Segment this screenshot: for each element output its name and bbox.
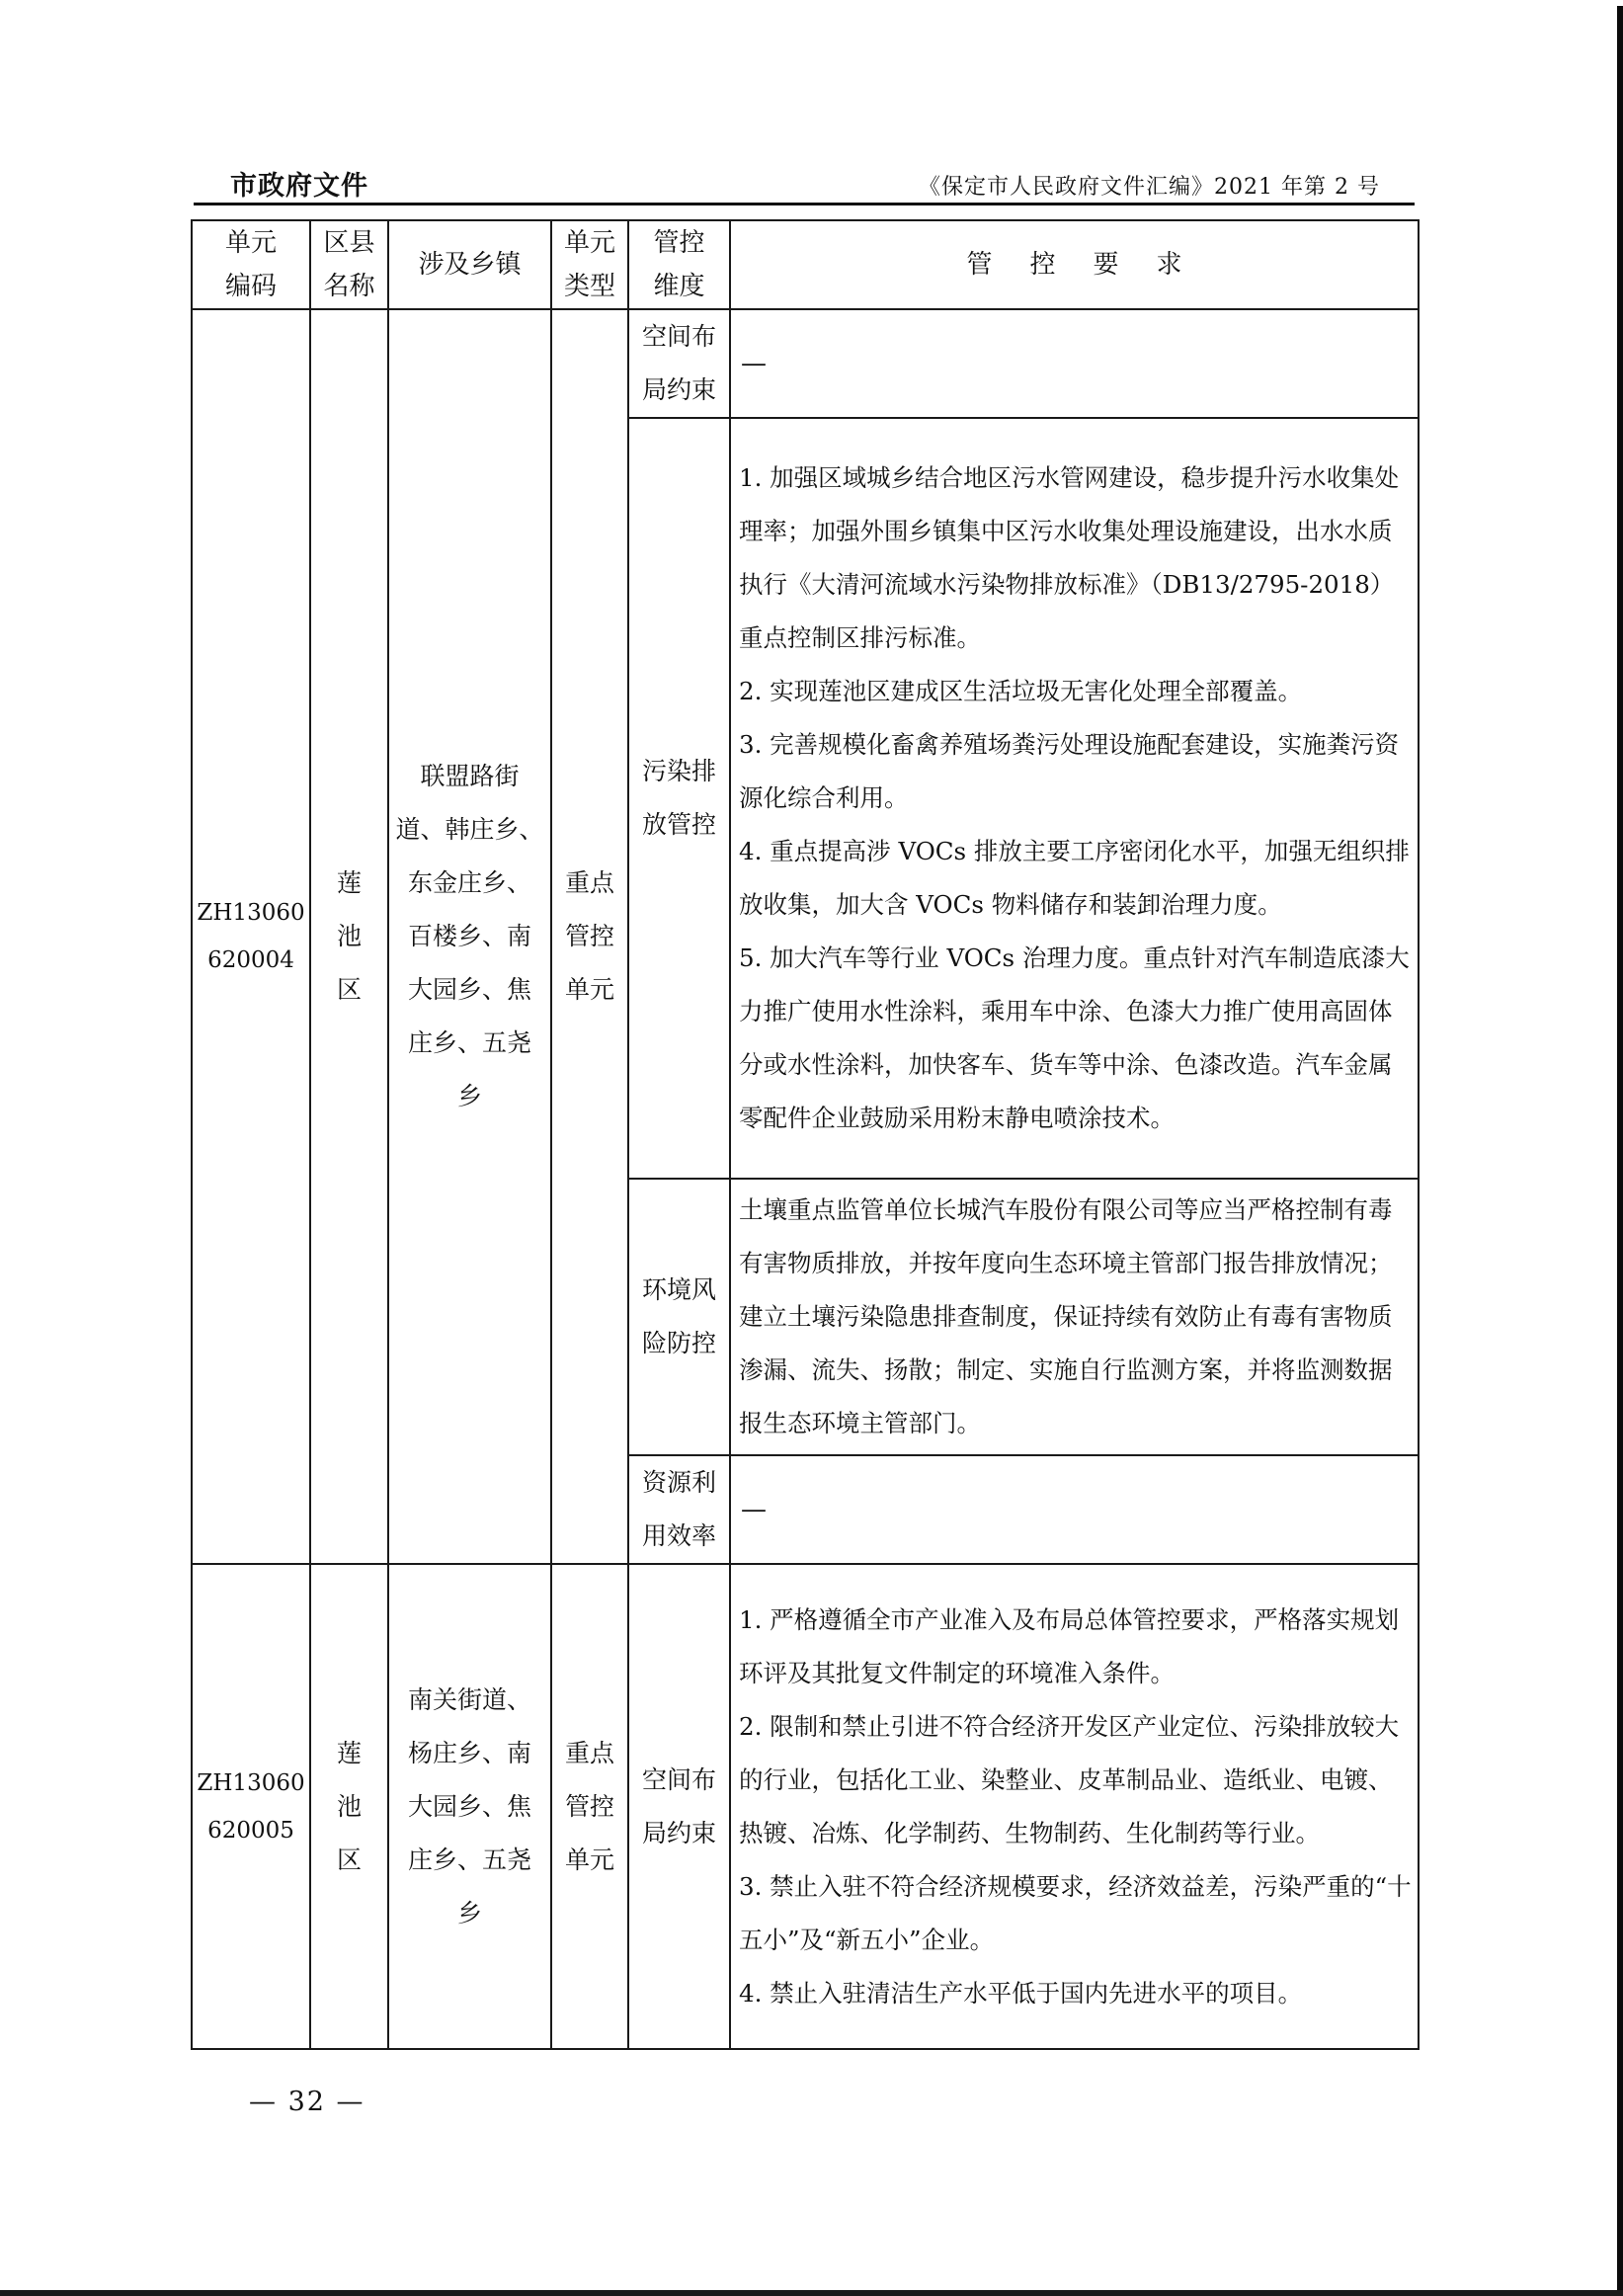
requirement-item: 2. 限制和禁止引进不符合经济开发区产业定位、污染排放较大的行业，包括化工业、染… xyxy=(739,1700,1414,1860)
col-header-dimension: 管控 维度 xyxy=(628,220,730,309)
requirement-item: 1. 严格遵循全市产业准入及布局总体管控要求，严格落实规划环评及其批复文件制定的… xyxy=(739,1594,1414,1700)
running-header-publication: 《保定市人民政府文件汇编》2021 年第 2 号 xyxy=(919,170,1380,201)
requirement-item: 1. 加强区域城乡结合地区污水管网建设，稳步提升污水收集处理率；加强外围乡镇集中… xyxy=(739,451,1414,665)
unit-type-cell: 重点 管控 单元 xyxy=(551,1564,628,2049)
header-rule xyxy=(194,203,1415,205)
dimension-cell: 环境风 险防控 xyxy=(628,1179,730,1455)
requirement-item: 4. 禁止入驻清洁生产水平低于国内先进水平的项目。 xyxy=(739,1967,1414,2020)
dimension-cell: 资源利 用效率 xyxy=(628,1455,730,1564)
running-header-section: 市政府文件 xyxy=(230,164,368,203)
col-header-county: 区县 名称 xyxy=(310,220,388,309)
county-cell: 莲 池 区 xyxy=(310,1564,388,2049)
requirement-item: 4. 重点提高涉 VOCs 排放主要工序密闭化水平，加强无组织排放收集，加大含 … xyxy=(739,825,1414,932)
scan-edge-bottom xyxy=(0,2290,1623,2296)
unit-type-cell: 重点 管控 单元 xyxy=(551,309,628,1564)
scan-edge-right xyxy=(1617,6,1623,2296)
towns-cell: 南关街道、 杨庄乡、南 大园乡、焦 庄乡、五尧 乡 xyxy=(388,1564,551,2049)
col-header-code: 单元 编码 xyxy=(192,220,310,309)
unit-code-cell: ZH13060 620004 xyxy=(192,309,310,1564)
control-requirements-table: 单元 编码 区县 名称 涉及乡镇 单元 类型 管控 维度 管控要求 ZH1306… xyxy=(191,219,1420,2050)
towns-cell: 联盟路街 道、韩庄乡、 东金庄乡、 百楼乡、南 大园乡、焦 庄乡、五尧 乡 xyxy=(388,309,551,1564)
requirements-cell: — xyxy=(730,1455,1419,1564)
requirement-item: 3. 完善规模化畜禽养殖场粪污处理设施配套建设，实施粪污资源化综合利用。 xyxy=(739,718,1414,825)
requirements-cell: — xyxy=(730,309,1419,418)
col-header-unit-type: 单元 类型 xyxy=(551,220,628,309)
unit-code-cell: ZH13060 620005 xyxy=(192,1564,310,2049)
col-header-requirements: 管控要求 xyxy=(730,220,1419,309)
requirement-item: 土壤重点监管单位长城汽车股份有限公司等应当严格控制有毒有害物质排放，并按年度向生… xyxy=(739,1184,1414,1450)
table-row: ZH13060 620004 莲 池 区 联盟路街 道、韩庄乡、 东金庄乡、 百… xyxy=(192,309,1419,418)
requirements-cell: 土壤重点监管单位长城汽车股份有限公司等应当严格控制有毒有害物质排放，并按年度向生… xyxy=(730,1179,1419,1455)
requirement-item: 5. 加大汽车等行业 VOCs 治理力度。重点针对汽车制造底漆大力推广使用水性涂… xyxy=(739,932,1414,1145)
page-number: — 32 — xyxy=(249,2087,365,2117)
requirement-item: 3. 禁止入驻不符合经济规模要求，经济效益差，污染严重的“十五小”及“新五小”企… xyxy=(739,1860,1414,1967)
table-header-row: 单元 编码 区县 名称 涉及乡镇 单元 类型 管控 维度 管控要求 xyxy=(192,220,1419,309)
dimension-cell: 空间布 局约束 xyxy=(628,309,730,418)
county-cell: 莲 池 区 xyxy=(310,309,388,1564)
requirements-cell: 1. 加强区域城乡结合地区污水管网建设，稳步提升污水收集处理率；加强外围乡镇集中… xyxy=(730,418,1419,1179)
col-header-towns: 涉及乡镇 xyxy=(388,220,551,309)
dimension-cell: 空间布 局约束 xyxy=(628,1564,730,2049)
requirement-item: 2. 实现莲池区建成区生活垃圾无害化处理全部覆盖。 xyxy=(739,665,1414,718)
table-row: ZH13060 620005 莲 池 区 南关街道、 杨庄乡、南 大园乡、焦 庄… xyxy=(192,1564,1419,2049)
requirements-cell: 1. 严格遵循全市产业准入及布局总体管控要求，严格落实规划环评及其批复文件制定的… xyxy=(730,1564,1419,2049)
dimension-cell: 污染排 放管控 xyxy=(628,418,730,1179)
